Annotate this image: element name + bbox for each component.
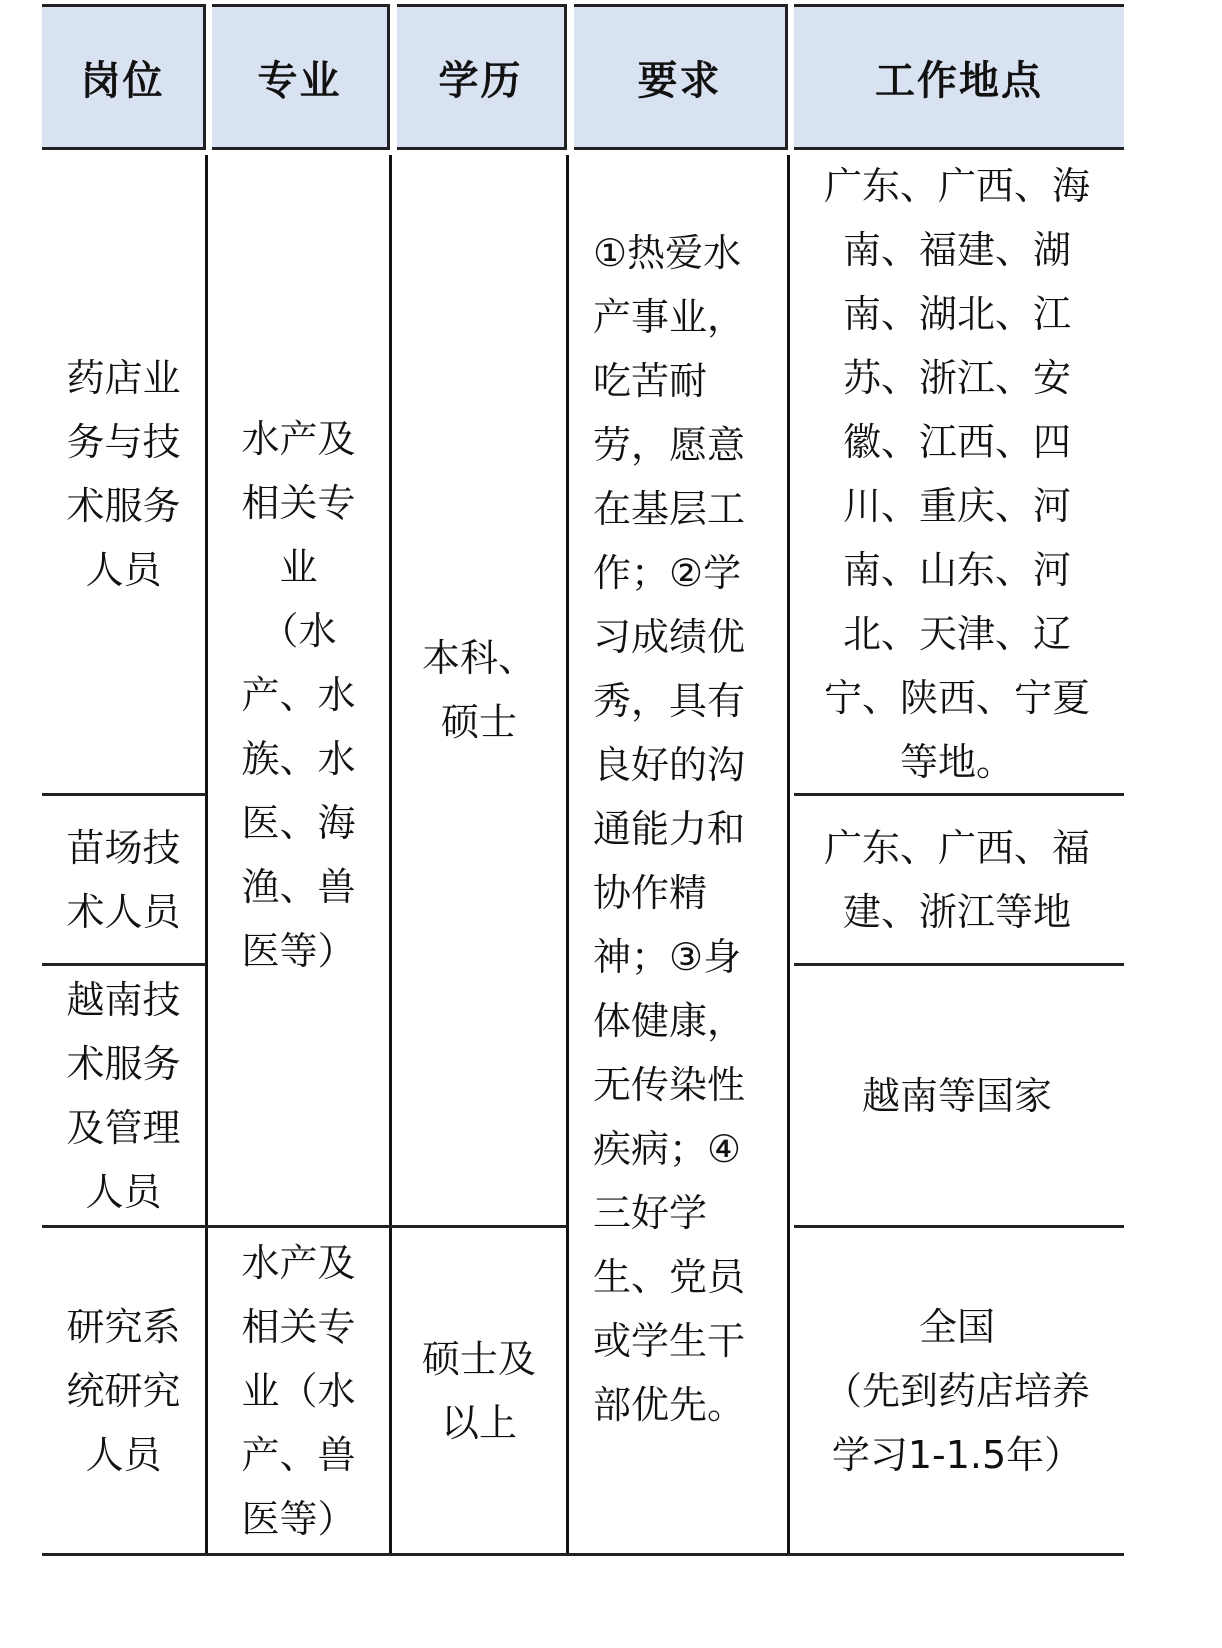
major-cell: 水产及 相关专 业 （水 产、水 族、水 医、海 渔、兽 医等） [208, 155, 389, 1225]
position-text: 药店业 务与技 术服务 人员 [66, 346, 180, 602]
requirements-text: ①热爱水 产事业， 吃苦耐 劳，愿意 在基层工 作；②学 习成绩优 秀，具有 良… [593, 221, 745, 1437]
header-major: 专业 [212, 4, 390, 150]
major-text: 水产及 相关专 业（水 产、兽 医等） [241, 1231, 355, 1551]
header-requirements-label: 要求 [638, 49, 722, 106]
header-location-label: 工作地点 [875, 49, 1043, 106]
major-text: 水产及 相关专 业 （水 产、水 族、水 医、海 渔、兽 医等） [241, 407, 355, 983]
location-text: 全国 （先到药店培养 学习1-1.5年） [824, 1295, 1090, 1487]
header-education-label: 学历 [439, 49, 523, 106]
table-bottom-border [42, 1553, 1124, 1556]
header-position-label: 岗位 [81, 49, 165, 106]
education-cell: 本科、 硕士 [392, 155, 566, 1225]
position-cell: 研究系 统研究 人员 [42, 1228, 205, 1553]
education-text: 本科、 硕士 [422, 626, 536, 754]
education-text: 硕士及 以上 [422, 1327, 536, 1455]
location-cell: 越南等国家 [790, 966, 1124, 1225]
location-text: 广东、广西、海 南、福建、湖 南、湖北、江 苏、浙江、安 徽、江西、四 川、重庆… [824, 154, 1090, 794]
header-location: 工作地点 [794, 4, 1124, 150]
header-major-label: 专业 [258, 49, 342, 106]
position-text: 越南技 术服务 及管理 人员 [66, 968, 180, 1224]
education-cell: 硕士及 以上 [392, 1228, 566, 1553]
requirements-cell: ①热爱水 产事业， 吃苦耐 劳，愿意 在基层工 作；②学 习成绩优 秀，具有 良… [569, 155, 787, 1553]
location-cell: 广东、广西、福 建、浙江等地 [790, 796, 1124, 963]
location-text: 越南等国家 [862, 1064, 1052, 1128]
position-text: 研究系 统研究 人员 [66, 1295, 180, 1487]
header-education: 学历 [397, 4, 567, 150]
position-text: 苗场技 术人员 [66, 816, 180, 944]
header-requirements: 要求 [574, 4, 788, 150]
position-cell: 越南技 术服务 及管理 人员 [42, 966, 205, 1225]
location-cell: 全国 （先到药店培养 学习1-1.5年） [790, 1228, 1124, 1553]
location-cell: 广东、广西、海 南、福建、湖 南、湖北、江 苏、浙江、安 徽、江西、四 川、重庆… [790, 155, 1124, 793]
position-cell: 药店业 务与技 术服务 人员 [42, 155, 205, 793]
major-cell: 水产及 相关专 业（水 产、兽 医等） [208, 1228, 389, 1553]
position-cell: 苗场技 术人员 [42, 796, 205, 963]
location-text: 广东、广西、福 建、浙江等地 [824, 816, 1090, 944]
header-position: 岗位 [42, 4, 206, 150]
